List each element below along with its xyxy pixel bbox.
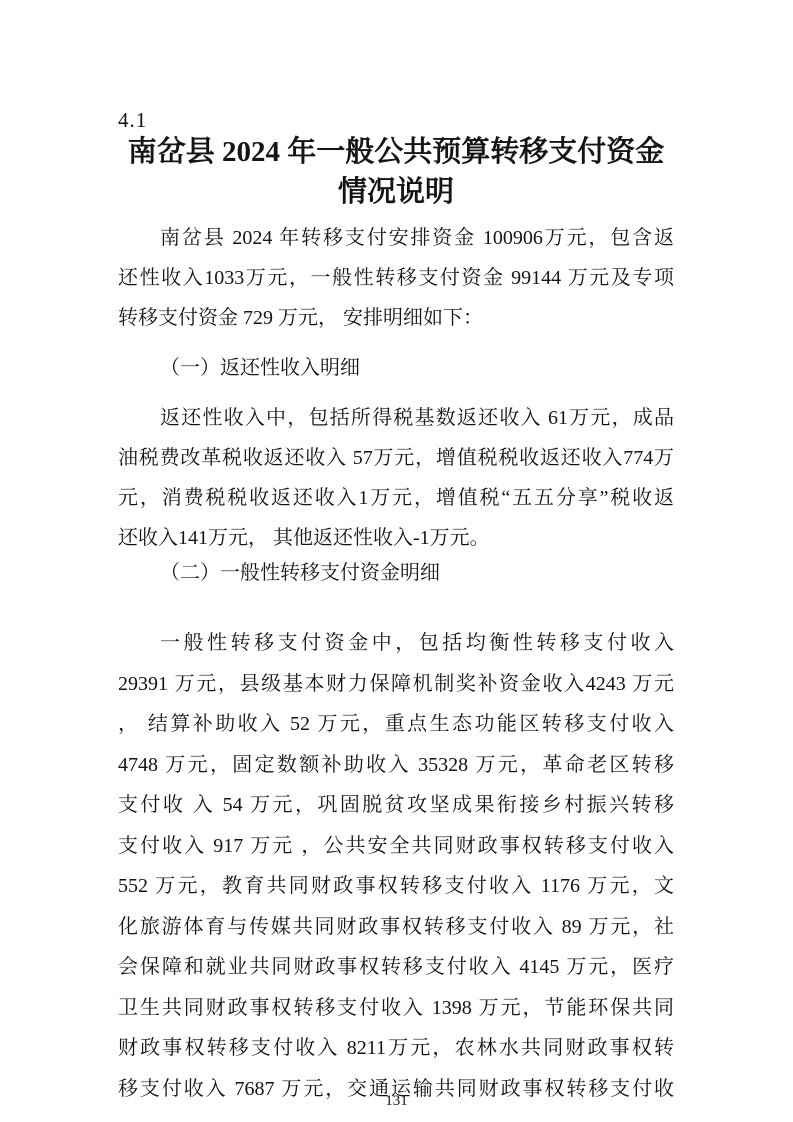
text-line: 卫生共同财政事权转移支付收入 1398 万元，节能环保共同 [118,988,674,1029]
document-title-line-2: 情况说明 [118,172,674,212]
text-line: 油税费改革税收返还收入 57万元，增值税税收返还收入774万 [118,438,674,478]
text-line: 元，消费税税收返还收入1万元，增值税“五五分享”税收返 [118,478,674,518]
subheading-returned-income: （一）返还性收入明细 [118,348,674,388]
text-line: 化旅游体育与传媒共同财政事权转移支付收入 89 万元，社 [118,907,674,948]
text-line: ， 结算补助收入 52 万元，重点生态功能区转移支付收入 [118,704,674,745]
subheading-general-transfer: （二）一般性转移支付资金明细 [118,553,674,593]
text-line: 支付收入 917 万元 ，公共安全共同财政事权转移支付收入 [118,826,674,867]
document-title-line-1: 南岔县 2024 年一般公共预算转移支付资金 [118,132,674,172]
text-line: 29391 万元，县级基本财力保障机制奖补资金收入4243 万元 [118,664,674,705]
section-number: 4.1 [118,108,674,132]
text-line: 还性收入1033万元，一般性转移支付资金 99144 万元及专项 [118,258,674,298]
page-number: 131 [0,1091,793,1111]
returned-income-paragraph: 返还性收入中，包括所得税基数返还收入 61万元，成品 油税费改革税收返还收入 5… [118,398,674,558]
text-line: 南岔县 2024 年转移支付安排资金 100906万元，包含返 [118,218,674,258]
intro-paragraph: 南岔县 2024 年转移支付安排资金 100906万元，包含返 还性收入1033… [118,218,674,338]
text-line: 支付收 入 54 万元，巩固脱贫攻坚成果衔接乡村振兴转移 [118,785,674,826]
document-page: 4.1 南岔县 2024 年一般公共预算转移支付资金 情况说明 南岔县 2024… [0,0,793,1122]
text-line: 会保障和就业共同财政事权转移支付收入 4145 万元，医疗 [118,947,674,988]
text-line: 4748 万元，固定数额补助收入 35328 万元，革命老区转移 [118,745,674,786]
general-transfer-paragraph: 一般性转移支付资金中，包括均衡性转移支付收入 29391 万元，县级基本财力保障… [118,623,674,1109]
text-line: 转移支付资金 729 万元， 安排明细如下： [118,298,674,338]
document-title: 南岔县 2024 年一般公共预算转移支付资金 情况说明 [118,132,674,212]
text-line: 财政事权转移支付收入 8211万元，农林水共同财政事权转 [118,1028,674,1069]
text-line: 552 万元，教育共同财政事权转移支付收入 1176 万元，文 [118,866,674,907]
text-line: 还收入141万元， 其他返还性收入-1万元。 [118,518,674,558]
text-line: 返还性收入中，包括所得税基数返还收入 61万元，成品 [118,398,674,438]
text-line: 一般性转移支付资金中，包括均衡性转移支付收入 [118,623,674,664]
